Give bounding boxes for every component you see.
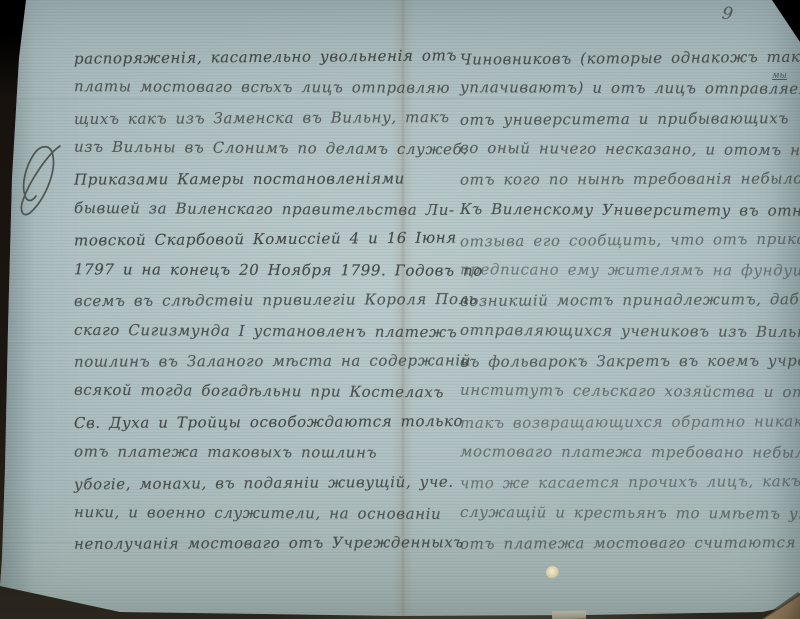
right-page: мы Чиновниковъ (которые однакожъ таковое… (460, 49, 800, 609)
manuscript-line: что же касается прочихъ лицъ, какъ то (460, 472, 800, 493)
margin-ink-flourish (6, 140, 68, 228)
manuscript-line: всемъ въ слѣдствіи привилегіи Короля Пол… (74, 290, 478, 310)
manuscript-line: платы мостоваго всѣхъ лицъ отправляю (74, 77, 450, 97)
manuscript-line: Чиновниковъ (которые однакожъ таковое (460, 47, 800, 68)
manuscript-line: отъ университета и прибывающихъ (460, 109, 789, 129)
manuscript-line: всякой тогда богадѣльни при Костелахъ (74, 381, 444, 402)
manuscript-line: неполучанія мостоваго отъ Учрежденныхъ (74, 533, 464, 553)
manuscript-line: убогіе, монахи, въ подаяніи живущій, уче… (74, 473, 454, 494)
manuscript-line: щихъ какъ изъ Заменска въ Вильну, такъ (74, 108, 450, 128)
manuscript-line: отъ кого по нынѣ требованія небыло (460, 169, 800, 188)
manuscript-line: мостоваго платежа требовано небыло, (460, 442, 800, 461)
manuscript-line: Къ Виленскому Университету въ отношеніи (460, 200, 800, 220)
manuscript-line: въ фольварокъ Закретъ въ коемъ учрежденъ (460, 351, 800, 370)
manuscript-line: такъ возвращающихся обратно никакого (460, 412, 800, 432)
manuscript-line: распоряженія, касательно увольненія отъ (74, 46, 457, 67)
manuscript-line: во оный ничего несказано, и отомъ ни (460, 139, 800, 159)
manuscript-line: 1797 и на конецъ 20 Ноября 1799. Годовъ … (74, 260, 483, 279)
manuscript-scan: 9 распоряженія, касательно увольненія от… (0, 0, 800, 619)
manuscript-line: ники, и военно служители, на основаніи (74, 503, 441, 523)
manuscript-line: отъ платежа таковыхъ пошлинъ (74, 442, 377, 461)
paper-sheet: 9 распоряженія, касательно увольненія от… (0, 0, 800, 619)
manuscript-line: возникшій мостъ принадлежитъ, дабы (460, 290, 800, 310)
manuscript-line: бывшей за Виленскаго правительства Ли- (74, 199, 455, 219)
manuscript-line: институтъ сельскаго хозяйства и отъ (460, 381, 800, 401)
manuscript-line: предписано ему жителямъ на фундушъ ко (460, 260, 800, 279)
manuscript-line: Приказами Камеры постановленіями (74, 169, 405, 188)
manuscript-line: изъ Вильны въ Слонимъ по деламъ служеб. (74, 138, 468, 159)
manuscript-line: отзыва его сообщить, что отъ приказа (460, 230, 800, 251)
manuscript-line: скаго Сигизмунда I установленъ платежъ (74, 321, 457, 341)
manuscript-line: Св. Духа и Тройцы освобождаются только (74, 412, 463, 432)
paper-spot (546, 566, 559, 579)
manuscript-line: пошлинъ въ Заланого мѣста на содержаній (74, 351, 471, 370)
page-edge-tab (552, 611, 586, 619)
manuscript-line: служащій и крестьянъ то имѣетъ уплатѣ (460, 503, 800, 523)
left-page: распоряженія, касательно увольненія отъп… (74, 48, 404, 608)
manuscript-line: уплачиваютъ) и отъ лицъ отправляемыхъ (460, 78, 800, 98)
manuscript-line: товской Скарбовой Комиссіей 4 и 16 Іюня (74, 228, 457, 249)
manuscript-line: отъ платежа мостоваго считаются (460, 533, 796, 552)
manuscript-line: отправляющихся учениковъ изъ Вильны (460, 321, 800, 341)
